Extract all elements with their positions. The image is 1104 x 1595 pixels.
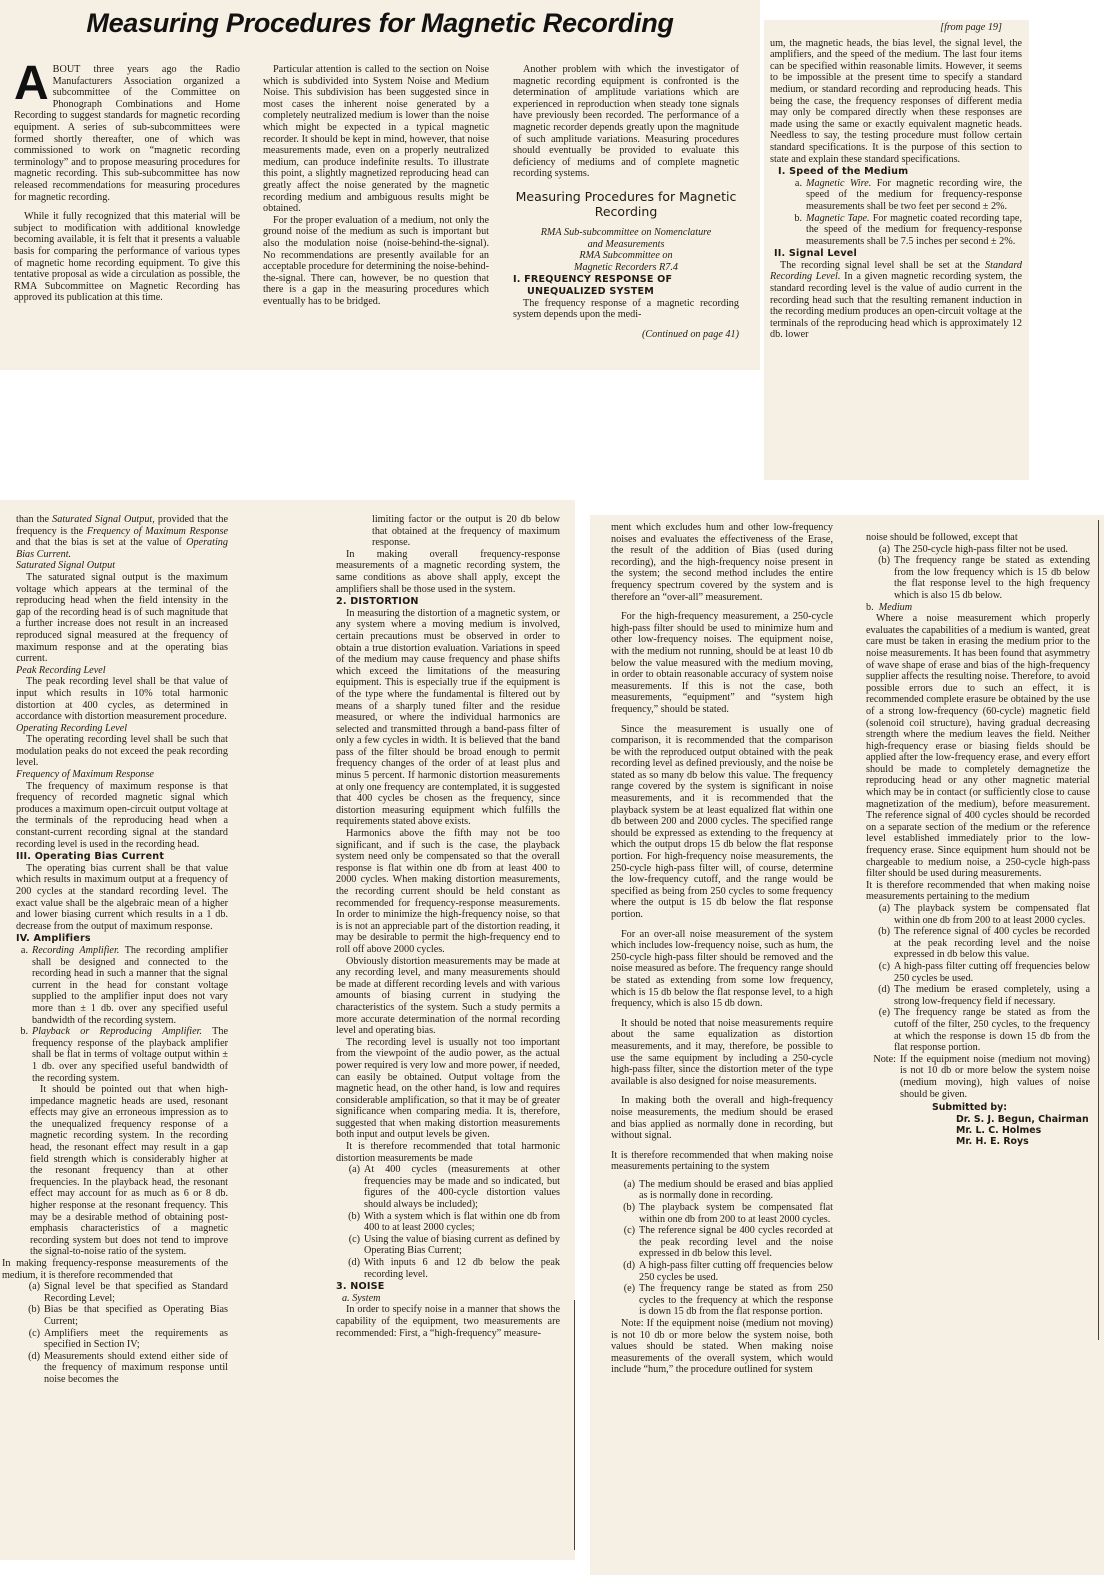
body-column-2: limiting factor or the output is 20 db b… xyxy=(336,514,560,1339)
system-subheading: a. System xyxy=(342,1293,560,1305)
intro-paragraph-5: Another problem with which the investiga… xyxy=(513,64,739,180)
column-rule xyxy=(574,1300,575,1550)
list-item: (d)A high-pass filter cutting off freque… xyxy=(611,1260,833,1283)
list-item: (d)Measurements should extend either sid… xyxy=(16,1351,228,1386)
medium-noise-note: Note: If the equipment noise (medium not… xyxy=(866,1054,1090,1100)
drop-cap: A xyxy=(14,65,49,103)
list-item: (b)With a system which is flat within on… xyxy=(336,1211,560,1234)
list-item: (a)The playback system be compensated fl… xyxy=(866,903,1090,926)
article-subtitle: Measuring Procedures for Magnetic Record… xyxy=(513,189,739,219)
list-item: (b)Bias be that specified as Operating B… xyxy=(16,1304,228,1327)
list-item: (c)Amplifiers meet the requirements as s… xyxy=(16,1328,228,1351)
list-item: (c)Using the value of biasing current as… xyxy=(336,1234,560,1257)
amplifier-item-a: a. Recording Amplifier. The recording am… xyxy=(4,945,228,1026)
section-1-text: The frequency response of a magnetic rec… xyxy=(513,298,739,321)
bias-current-heading: III. Operating Bias Current xyxy=(16,851,228,863)
list-item: (b)The reference signal of 400 cycles be… xyxy=(866,926,1090,961)
list-item: (a)At 400 cycles (measurements at other … xyxy=(336,1164,560,1210)
body-column-4: noise should be followed, except that (a… xyxy=(866,532,1090,1148)
list-item: (d)The medium be erased completely, usin… xyxy=(866,984,1090,1007)
system-noise-list: (a)The medium should be erased and bias … xyxy=(611,1179,833,1318)
intro-paragraph-4: For the proper evaluation of a medium, n… xyxy=(263,215,489,308)
speed-item-a: a. Magnetic Wire. For magnetic recording… xyxy=(778,178,1022,213)
list-item: (a)The 250-cycle high-pass filter not be… xyxy=(866,544,1090,556)
list-item: (c)The reference signal be 400 cycles re… xyxy=(611,1225,833,1260)
list-item: (a)Signal level be that specified as Sta… xyxy=(16,1281,228,1304)
signal-level-text: The recording signal level shall be set … xyxy=(770,260,1022,341)
from-page-note: [from page 19] xyxy=(770,22,1022,34)
intro-column-3: Another problem with which the investiga… xyxy=(513,64,739,340)
distortion-heading: 2. DISTORTION xyxy=(336,596,560,608)
continued-note: (Continued on page 41) xyxy=(513,329,739,341)
submitted-by: Submitted by: xyxy=(932,1102,1090,1113)
list-item: (e)The frequency range be stated as from… xyxy=(866,1007,1090,1053)
list-item: (b)The frequency range be stated as exte… xyxy=(866,555,1090,601)
frequency-response-list: (a)Signal level be that specified as Sta… xyxy=(16,1281,228,1385)
signatories: Dr. S. J. Begun, Chairman Mr. L. C. Holm… xyxy=(956,1114,1090,1148)
byline: RMA Sub-subcommittee on Nomenclature and… xyxy=(513,227,739,273)
signal-level-heading: II. Signal Level xyxy=(774,248,1022,260)
continuation-column: [from page 19] um, the magnetic heads, t… xyxy=(770,22,1022,341)
noise-heading: 3. NOISE xyxy=(336,1281,560,1293)
signer: Dr. S. J. Begun, Chairman xyxy=(956,1114,1090,1125)
operating-level-heading: Operating Recording Level xyxy=(16,723,228,735)
intro-column-1: ABOUT three years ago the Radio Manufact… xyxy=(14,64,240,304)
article-title: Measuring Procedures for Magnetic Record… xyxy=(0,8,760,39)
list-item: (b)The playback system be compensated fl… xyxy=(611,1202,833,1225)
speed-item-b: b. Magnetic Tape. For magnetic coated re… xyxy=(778,213,1022,248)
intro-paragraph-2: While it fully recognized that this mate… xyxy=(14,211,240,304)
list-item: (c)A high-pass filter cutting off freque… xyxy=(866,961,1090,984)
list-item: (e)The frequency range be stated as from… xyxy=(611,1283,833,1318)
column-rule xyxy=(1098,520,1099,1340)
signer: Mr. L. C. Holmes xyxy=(956,1125,1090,1136)
section-1-heading: I. FREQUENCY RESPONSE OF UNEQUALIZED SYS… xyxy=(513,274,739,297)
intro-paragraph-1: ABOUT three years ago the Radio Manufact… xyxy=(14,64,240,203)
max-response-heading: Frequency of Maximum Response xyxy=(16,769,228,781)
body-column-1: than the Saturated Signal Output, provid… xyxy=(16,514,228,1386)
speed-heading: I. Speed of the Medium xyxy=(778,166,1022,178)
list-item: (a)The medium should be erased and bias … xyxy=(611,1179,833,1202)
distortion-list: (a)At 400 cycles (measurements at other … xyxy=(336,1164,560,1280)
saturated-signal-heading: Saturated Signal Output xyxy=(16,560,228,572)
continuation-paragraph: um, the magnetic heads, the bias level, … xyxy=(770,38,1022,166)
body-column-3: ment which excludes hum and other low-fr… xyxy=(611,522,833,1376)
medium-subheading: b. Medium xyxy=(866,602,1090,614)
system-noise-note: Note: If the equipment noise (medium not… xyxy=(611,1318,833,1376)
overall-noise-list: (a)The 250-cycle high-pass filter not be… xyxy=(866,544,1090,602)
medium-noise-list: (a)The playback system be compensated fl… xyxy=(866,903,1090,1054)
list-item: (d)With inputs 6 and 12 db below the pea… xyxy=(336,1257,560,1280)
intro-column-2: Particular attention is called to the se… xyxy=(263,64,489,307)
signer: Mr. H. E. Roys xyxy=(956,1136,1090,1147)
peak-level-heading: Peak Recording Level xyxy=(16,665,228,677)
amplifier-item-b: b. Playback or Reproducing Amplifier. Th… xyxy=(4,1026,228,1084)
intro-paragraph-3: Particular attention is called to the se… xyxy=(263,64,489,215)
amplifiers-heading: IV. Amplifiers xyxy=(16,933,228,945)
